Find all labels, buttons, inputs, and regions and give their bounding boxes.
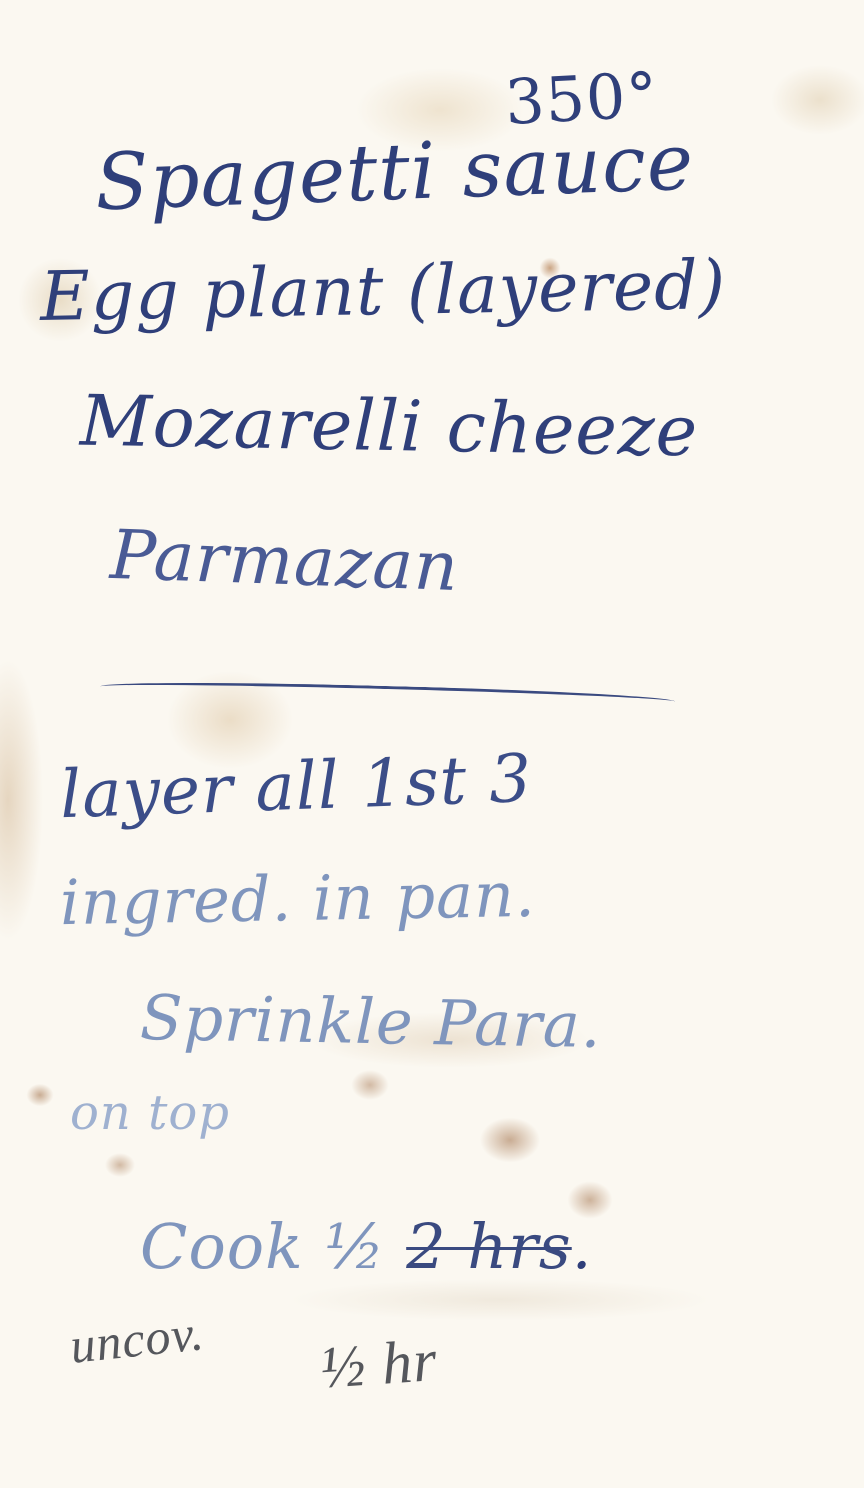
instruction-cook-time: Cook ½ 2 hrs. [140, 1210, 592, 1283]
instruction-on-top: on top [70, 1085, 230, 1141]
ingredient-eggplant: Egg plant (layered) [39, 246, 726, 337]
instruction-layer: layer all 1st 3 [59, 740, 534, 833]
ingredient-mozzarella: Mozarelli cheeze [79, 380, 699, 473]
instruction-sprinkle: Sprinkle Para. [139, 981, 602, 1062]
pencil-note-half-hour: ½ hr [318, 1326, 440, 1403]
instruction-in-pan: ingred. in pan. [59, 858, 536, 939]
cook-prefix: Cook ½ [140, 1210, 385, 1283]
cook-suffix: . [572, 1210, 593, 1283]
cook-struck-time: 2 hrs [406, 1210, 572, 1283]
ingredient-parmesan: Parmazan [109, 516, 460, 607]
